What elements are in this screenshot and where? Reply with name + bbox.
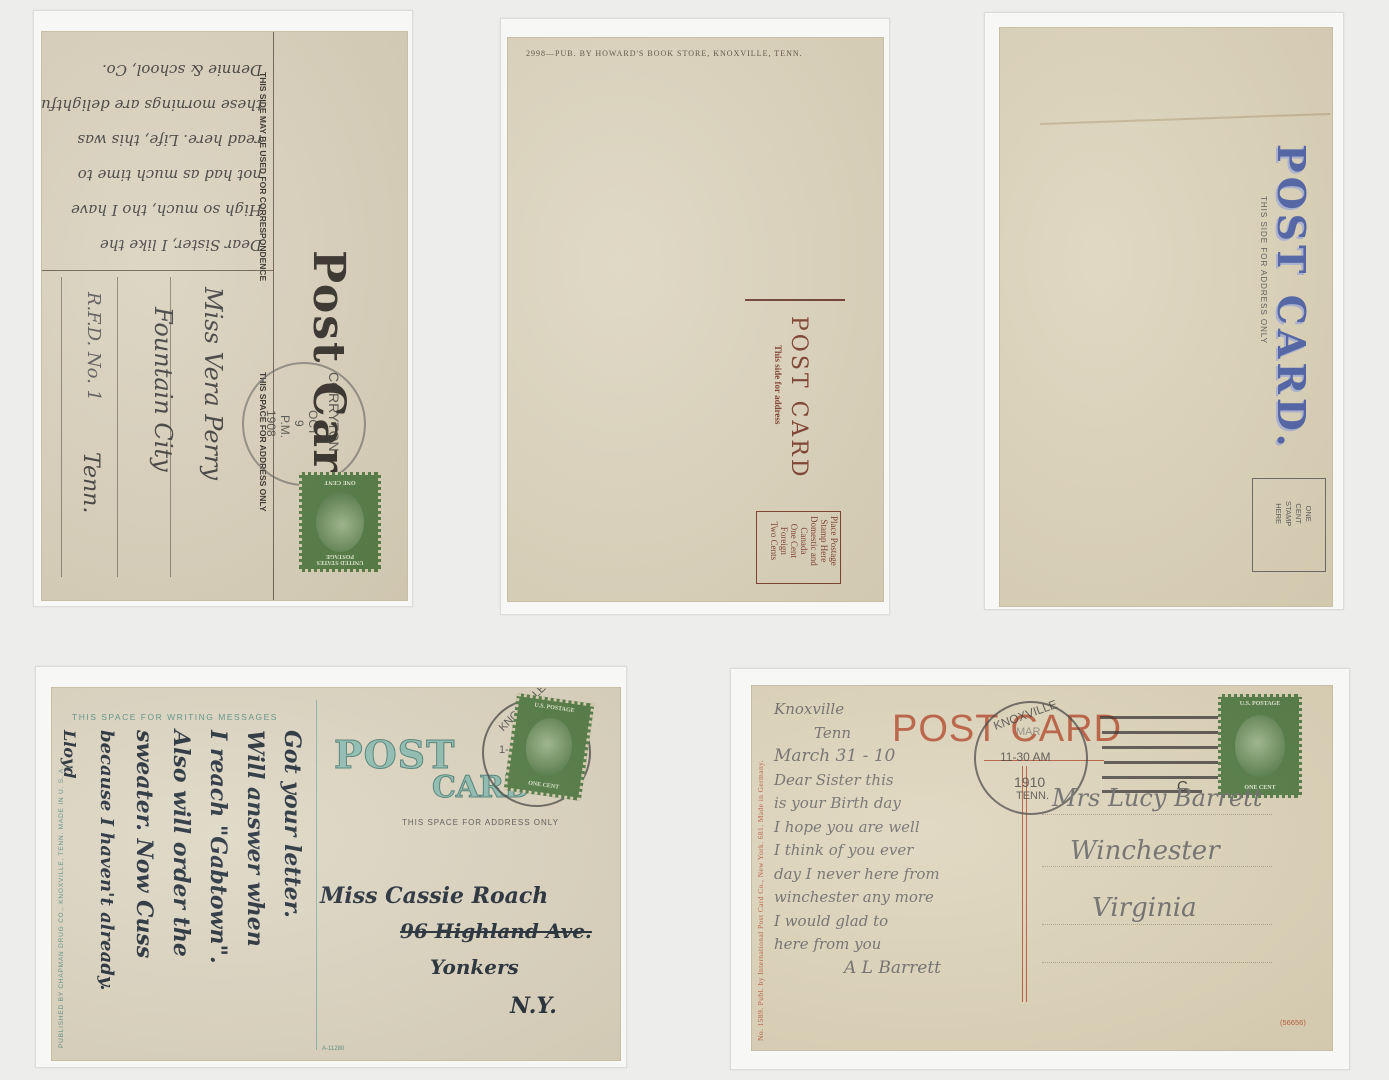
postmark-time: P.M.: [278, 415, 292, 438]
address-subheading: THIS SIDE FOR ADDRESS ONLY: [1259, 196, 1268, 344]
message-line: Dear Sister, I like the: [52, 227, 262, 262]
publisher-line: No. 1589. Publ. by International Post Ca…: [756, 760, 765, 1041]
postcard-1: Post Card THIS SIDE MAY BE USED FOR CORR…: [42, 32, 407, 600]
message-line: Also will order the: [162, 730, 199, 990]
message-line: Dennie & school, Co.: [52, 52, 262, 87]
card-heading: POST CARD.: [1269, 144, 1314, 451]
message-line: Got your letter.: [273, 730, 310, 990]
message-line: winchester any more: [774, 886, 941, 910]
address-line-1: Miss Cassie Roach: [320, 883, 592, 909]
message-line: these mornings are delightful: [52, 87, 262, 122]
postmark-year: 1910: [1014, 774, 1045, 790]
address-rule: [1042, 814, 1272, 815]
address-line-1: Miss Vera Perry: [198, 287, 227, 480]
address-line-3: R.F.D. No. 1: [83, 292, 104, 401]
message-line: I hope you are well: [774, 816, 941, 840]
message-line: March 31 - 10: [774, 745, 941, 769]
message-line: Dear Sister this: [774, 769, 941, 793]
message-label: THIS SPACE FOR WRITING MESSAGES: [72, 712, 278, 722]
message-line: Will answer when: [236, 730, 273, 990]
handwritten-message: Got your letter. Will answer when I reac…: [52, 730, 310, 990]
postcard-4: THIS SPACE FOR WRITING MESSAGES PUBLISHE…: [52, 688, 620, 1060]
address-line-2: Winchester: [1070, 836, 1220, 866]
message-line: is your Birth day: [774, 792, 941, 816]
handwritten-message: Knoxville Tenn March 31 - 10 Dear Sister…: [774, 698, 941, 980]
address-line: [61, 277, 62, 577]
address-line-2: 96 Highland Ave.: [400, 919, 592, 943]
message-line: I would glad to: [774, 910, 941, 934]
stamp-box: Place Postage Stamp Here Domestic and Ca…: [756, 511, 841, 584]
card-heading: POST CARD: [786, 316, 811, 480]
message-line: because I haven't already.: [88, 730, 125, 990]
address-divider: [745, 299, 845, 301]
address-rule: [1042, 962, 1272, 963]
address-subheading: This side for address: [773, 345, 783, 424]
postmark-town: CORRYTON: [326, 372, 342, 452]
message-line: sweater. Now Cuss: [125, 730, 162, 990]
postmark-state: TENN.: [1016, 790, 1049, 802]
message-line: I reach "Gabtown".: [199, 730, 236, 990]
address-rule: [1042, 866, 1272, 867]
center-divider: [273, 32, 274, 600]
message-line: day I never here from: [774, 863, 941, 887]
message-line: read here. Life, this was: [52, 122, 262, 157]
address-line-2: Fountain City: [148, 307, 177, 472]
postcard-5: No. 1589. Publ. by International Post Ca…: [752, 686, 1332, 1050]
center-divider: [316, 700, 317, 1050]
address-label: THIS SPACE FOR ADDRESS ONLY: [402, 818, 559, 827]
stamp-box-text: Place Postage Stamp Here Domestic and Ca…: [769, 516, 839, 566]
address-block: Miss Cassie Roach 96 Highland Ave. Yonke…: [320, 883, 592, 1019]
postcard-3: POST CARD. THIS SIDE FOR ADDRESS ONLY ON…: [1000, 28, 1332, 606]
catalog-number: A-11280: [322, 1046, 344, 1052]
postage-stamp: U.S. POSTAGE ONE CENT: [504, 693, 595, 801]
postmark-month: OCT: [306, 410, 320, 435]
message-line: I think of you ever: [774, 839, 941, 863]
address-rule: [1042, 924, 1272, 925]
message-line: High so much, tho I have: [52, 192, 262, 227]
message-line: here from you: [774, 933, 941, 957]
message-line: Knoxville: [774, 698, 941, 722]
postmark-year: 1908: [264, 410, 278, 437]
postage-stamp: U.S. POSTAGE ONE CENT: [1218, 694, 1302, 798]
address-line-3: Virginia: [1092, 893, 1197, 923]
address-line: [117, 277, 118, 577]
postmark-month: MAR: [1016, 726, 1040, 738]
message-line: A L Barrett: [844, 957, 941, 981]
postmark-time: 11-30 AM: [1000, 750, 1050, 764]
address-line-4: Tenn.: [78, 452, 104, 513]
postcard-2: 2998—PUB. BY HOWARD'S BOOK STORE, KNOXVI…: [508, 38, 883, 601]
handwritten-message: Dear Sister, I like the High so much, th…: [52, 42, 262, 262]
address-line-4: N.Y.: [510, 993, 592, 1019]
stamp-box: ONE CENT STAMP HERE: [1252, 478, 1326, 572]
crease: [1040, 113, 1330, 125]
message-line: not had as much time to: [52, 157, 262, 192]
message-divider: [42, 270, 273, 271]
catalog-number: (56656): [1280, 1018, 1306, 1027]
message-line: Tenn: [814, 722, 941, 746]
stamp-box-text: ONE CENT STAMP HERE: [1273, 501, 1313, 526]
address-line-1: Mrs Lucy Barrett: [1052, 784, 1262, 812]
postage-stamp: UNITED STATES POSTAGE ONE CENT: [299, 472, 381, 572]
postmark-day: 9: [292, 420, 306, 427]
publisher-line: 2998—PUB. BY HOWARD'S BOOK STORE, KNOXVI…: [526, 49, 803, 58]
message-line: Lloyd: [52, 730, 88, 990]
address-line-3: Yonkers: [430, 955, 592, 979]
